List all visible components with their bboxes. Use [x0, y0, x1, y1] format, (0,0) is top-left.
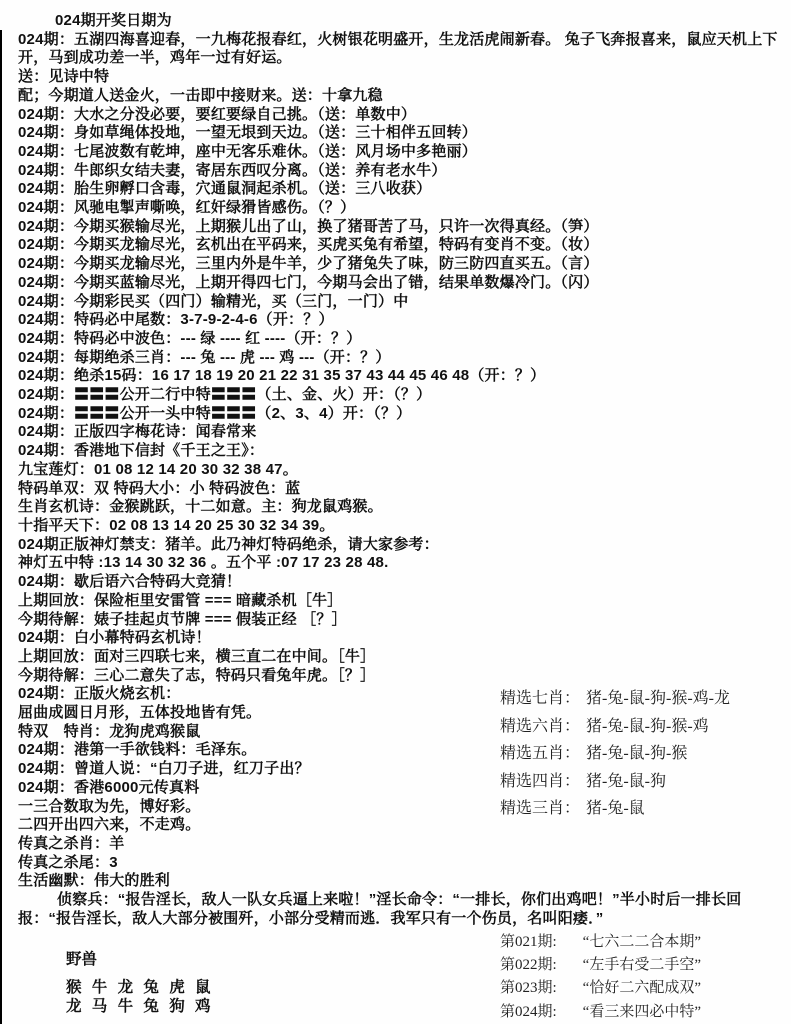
text-line: 024期：〓〓〓公开二行中特〓〓〓（土、金、火）开：（？）	[18, 386, 784, 405]
zodiac-pick-row: 精选七肖：猪-兔-鼠-狗-猴-鸡-龙	[500, 685, 730, 713]
text-line: 生肖玄机诗：金猴跳跃，十二如意。主：狗龙鼠鸡猴。	[18, 498, 784, 517]
text-line: 024期：七尾波数有乾坤，座中无客乐难休。（送：风月场中多艳丽）	[18, 143, 784, 162]
text-line: 今期待解：婊子挂起贞节牌 === 假装正经 ［？］	[18, 611, 784, 630]
text-line: 024期：大水之分没必要，要红要绿自己挑。（送：单数中）	[18, 106, 784, 125]
pick-label: 精选六肖：	[500, 718, 580, 735]
text-line: 侦察兵：“报告淫长，敌人一队女兵逼上来啦！”淫长命令：“一排长，你们出鸡吧！”半…	[18, 891, 784, 928]
pick-value: 猪-兔-鼠	[586, 800, 645, 817]
text-line: 024期：今期买龙输尽光，三里内外是牛羊，少了猪兔失了味，防三防四直买五。（言）	[18, 255, 784, 274]
issue-number: 第024期:	[500, 1001, 557, 1024]
text-line: 024期：胎生卵孵口含毒，穴通鼠洞起杀机。（送：三八收获）	[18, 180, 784, 199]
text-line: 神灯五中特 :13 14 30 32 36 。五个平 :07 17 23 28 …	[18, 554, 784, 573]
text-line: 生活幽默：伟大的胜利	[18, 872, 784, 891]
text-line: 024期：歇后语六合特码大竞猜！	[18, 573, 784, 592]
pick-label: 精选四肖：	[500, 773, 580, 790]
pick-value: 猪-兔-鼠-狗-猴-鸡-龙	[586, 690, 730, 707]
text-line: 上期回放：保险柜里安雷管 === 暗藏杀机［牛］	[18, 592, 784, 611]
left-border-line	[0, 30, 2, 1024]
beast-row: 猴 牛 龙 兔 虎 鼠	[66, 978, 214, 997]
issue-quote: “恰好二六配成双”	[583, 977, 701, 1000]
zodiac-picks-list: 精选七肖：猪-兔-鼠-狗-猴-鸡-龙精选六肖：猪-兔-鼠-狗-猴-鸡精选五肖：猪…	[500, 685, 730, 823]
text-line: 024期：特码必中尾数：3-7-9-2-4-6（开：？）	[18, 311, 784, 330]
issue-number: 第021期:	[500, 931, 557, 954]
issue-number: 第022期:	[500, 954, 557, 977]
beast-title: 野兽	[66, 950, 214, 969]
zodiac-pick-row: 精选五肖：猪-兔-鼠-狗-猴	[500, 740, 730, 768]
past-issue-row: 第021期:“七六二二合本期”	[500, 931, 701, 954]
past-issues-list: 第021期:“七六二二合本期”第022期:“左手右受二手空”第023期:“恰好二…	[500, 931, 701, 1024]
issue-quote: “左手右受二手空”	[583, 954, 701, 977]
page-title: 024期开奖日期为	[18, 12, 784, 31]
pick-value: 猪-兔-鼠-狗-猴	[586, 745, 687, 762]
issue-number: 第023期:	[500, 977, 557, 1000]
pick-label: 精选七肖：	[500, 690, 580, 707]
text-line: 传真之杀肖：羊	[18, 835, 784, 854]
text-line: 024期：白小幕特码玄机诗！	[18, 629, 784, 648]
text-line: 传真之杀尾：3	[18, 854, 784, 873]
text-line: 配；今期道人送金火，一击即中接财来。送：十拿九稳	[18, 87, 784, 106]
text-line: 024期：今期买猴输尽光，上期猴儿出了山，换了猪哥苦了马，只许一次得真经。（笋）	[18, 218, 784, 237]
zodiac-pick-row: 精选六肖：猪-兔-鼠-狗-猴-鸡	[500, 713, 730, 741]
text-line: 今期待解：三心二意失了志，特码只看兔年虎。［？］	[18, 667, 784, 686]
text-line: 024期：身如草绳体投地，一望无垠到天边。（送：三十相伴五回转）	[18, 124, 784, 143]
beast-row: 龙 马 牛 兔 狗 鸡	[66, 997, 214, 1016]
text-line: 上期回放：面对三四联七来，横三直二在中间。［牛］	[18, 648, 784, 667]
zodiac-pick-row: 精选三肖：猪-兔-鼠	[500, 795, 730, 823]
text-line: 024期：每期绝杀三肖：--- 兔 --- 虎 --- 鸡 ---（开：？）	[18, 349, 784, 368]
issue-quote: “看三来四必中特”	[583, 1001, 701, 1024]
past-issue-row: 第024期:“看三来四必中特”	[500, 1001, 701, 1024]
pick-value: 猪-兔-鼠-狗-猴-鸡	[586, 718, 709, 735]
pick-label: 精选三肖：	[500, 800, 580, 817]
text-line: 024期：今期买龙输尽光，玄机出在平码来，买虎买兔有希望，特码有变肖不变。（妆）	[18, 236, 784, 255]
text-line: 024期：香港地下信封《千王之王》：	[18, 442, 784, 461]
text-line: 024期：今期彩民买（四门）输精光，买（三门，一门）中	[18, 293, 784, 312]
text-line: 024期：风驰电掣声嘶唤，红奸绿猾皆感伤。（？）	[18, 199, 784, 218]
text-line: 024期：〓〓〓公开一头中特〓〓〓（2、3、4）开：（？）	[18, 405, 784, 424]
text-line: 024期：五湖四海喜迎春，一九梅花报春红，火树银花明盛开，生龙活虎闹新春。 兔子…	[18, 31, 784, 68]
wild-beast-block: 野兽 猴 牛 龙 兔 虎 鼠 龙 马 牛 兔 狗 鸡	[66, 950, 214, 1016]
text-line: 特码单双：双 特码大小：小 特码波色：蓝	[18, 480, 784, 499]
text-line: 024期：正版四字梅花诗：闻春常来	[18, 423, 784, 442]
text-line: 024期：牛郎织女结夫妻，寄居东西叹分离。（送：养有老水牛）	[18, 162, 784, 181]
pick-value: 猪-兔-鼠-狗	[586, 773, 666, 790]
text-line: 024期：绝杀15码：16 17 18 19 20 21 22 31 35 37…	[18, 367, 784, 386]
text-line: 九宝莲灯：01 08 12 14 20 30 32 38 47。	[18, 461, 784, 480]
text-line: 十指平天下：02 08 13 14 20 25 30 32 34 39。	[18, 517, 784, 536]
text-line: 024期：特码必中波色：--- 绿 ---- 红 ----（开：？）	[18, 330, 784, 349]
text-line: 送：见诗中特	[18, 68, 784, 87]
issue-quote: “七六二二合本期”	[583, 931, 701, 954]
pick-label: 精选五肖：	[500, 745, 580, 762]
past-issue-row: 第022期:“左手右受二手空”	[500, 954, 701, 977]
lottery-tip-sheet: 024期开奖日期为 024期：五湖四海喜迎春，一九梅花报春红，火树银花明盛开，生…	[0, 0, 791, 1024]
text-line: 024期：今期买蓝输尽光，上期开得四七门，今期马会出了错，结果单数爆冷门。（闪）	[18, 274, 784, 293]
zodiac-pick-row: 精选四肖：猪-兔-鼠-狗	[500, 768, 730, 796]
text-line: 024期正版神灯禁支：猪羊。此乃神灯特码绝杀，请大家参考：	[18, 536, 784, 555]
past-issue-row: 第023期:“恰好二六配成双”	[500, 977, 701, 1000]
